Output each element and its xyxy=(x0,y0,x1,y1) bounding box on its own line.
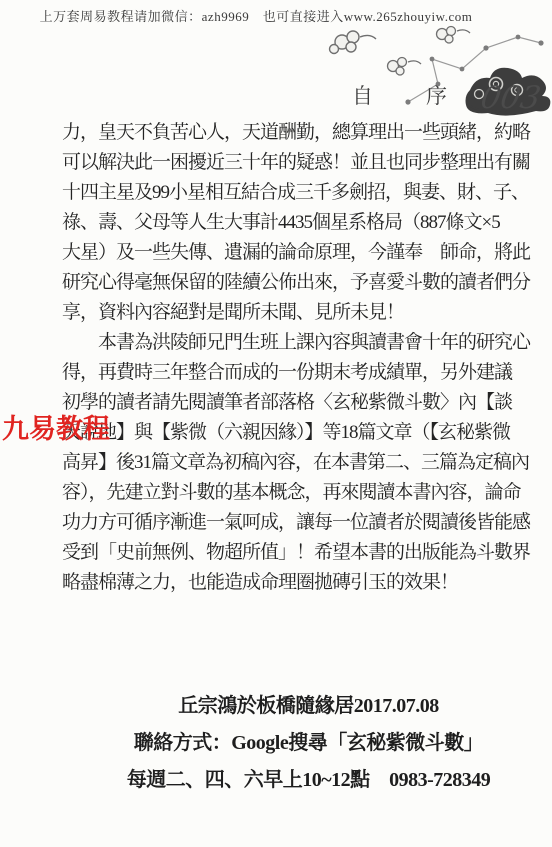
body-line: 初學的讀者請先閱讀筆者部落格〈玄秘紫微斗數〉內【談 xyxy=(62,388,524,418)
body-line: 高昇】後31篇文章為初稿內容，在本書第二、三篇為定稿內 xyxy=(62,448,524,478)
body-line: 略盡棉薄之力，也能造成命理圈拋磚引玉的效果！ xyxy=(62,568,524,598)
page-header: 自 序 003 xyxy=(352,80,540,110)
section-title: 自 序 xyxy=(352,80,463,110)
body-line: 十四主星及99小星相互結合成三千多劍招，與妻、財、子、 xyxy=(62,178,524,208)
body-line: 享，資料內容絕對是聞所未聞、見所未見！ xyxy=(62,298,524,328)
scanned-book-page: 上万套周易教程请加微信：azh9969 也可直接进入www.265zhouyiw… xyxy=(0,0,552,847)
body-line: 力，皇天不負苦心人，天道酬勤，總算理出一些頭緒，約略 xyxy=(62,118,524,148)
page-number: 003 xyxy=(478,83,543,114)
body-line: 大星）及一些失傳、遺漏的論命原理，今謹奉 師命，將此 xyxy=(62,238,524,268)
colophon: 丘宗鴻於板橋隨緣居2017.07.08 聯絡方式：Google搜尋「玄秘紫微斗數… xyxy=(95,688,522,799)
colophon-author-line: 丘宗鴻於板橋隨緣居2017.07.08 xyxy=(95,688,522,725)
cloud-icon xyxy=(388,58,422,76)
preface-body-text: 力，皇天不負苦心人，天道酬勤，總算理出一些頭緒，約略 可以解決此一困擾近三十年的… xyxy=(62,118,524,598)
cloud-icon xyxy=(437,27,471,44)
body-line: 得，再費時三年整合而成的一份期末考成績單，另外建議 xyxy=(62,358,524,388)
body-line: 本書為洪陵師兄門生班上課內容與讀書會十年的研究心 xyxy=(62,328,524,358)
body-line: 可以解決此一困擾近三十年的疑惑！並且也同步整理出有關 xyxy=(62,148,524,178)
body-line: 受到「史前無例、物超所值」！希望本書的出版能為斗數界 xyxy=(62,538,524,568)
colophon-contact-line: 聯絡方式：Google搜尋「玄秘紫微斗數」 xyxy=(95,725,522,762)
body-line: 研究心得毫無保留的陸續公佈出來，予喜愛斗數的讀者們分 xyxy=(62,268,524,298)
watermark-text: 九易教程 xyxy=(2,407,110,446)
cloud-icon xyxy=(330,31,377,54)
body-line: 功力方可循序漸進一氣呵成，讓每一位讀者於閱讀後皆能感 xyxy=(62,508,524,538)
body-line: 祿、壽、父母等人生大事計4435個星系格局（887條文×5 xyxy=(62,208,524,238)
body-line: 天說地】與【紫微（六親因緣）】等18篇文章（【玄秘紫微 xyxy=(62,418,524,448)
colophon-schedule-line: 每週二、四、六早上10~12點 0983-728349 xyxy=(95,762,522,799)
promo-header-text: 上万套周易教程请加微信：azh9969 也可直接进入www.265zhouyiw… xyxy=(0,6,512,25)
body-line: 容），先建立對斗數的基本概念，再來閱讀本書內容，論命 xyxy=(62,478,524,508)
